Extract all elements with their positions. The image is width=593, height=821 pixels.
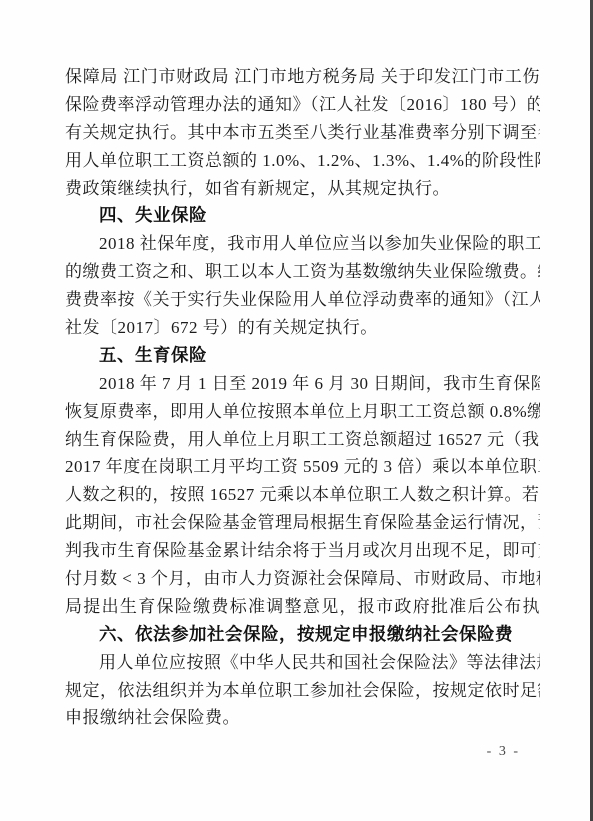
document-line: 有关规定执行。其中本市五类至八类行业基准费率分别下调至各 bbox=[65, 119, 540, 147]
document-line: 恢复原费率，即用人单位按照本单位上月职工工资总额 0.8%缴 bbox=[65, 398, 540, 426]
paragraph: 用人单位应按照《中华人民共和国社会保险法》等法律法规规定，依法组织并为本单位职工… bbox=[65, 649, 540, 733]
document-line: 费政策继续执行，如省有新规定，从其规定执行。 bbox=[65, 175, 540, 203]
document-line: 保障局 江门市财政局 江门市地方税务局 关于印发江门市工伤 bbox=[65, 63, 540, 91]
document-line: 人数之积的，按照 16527 元乘以本单位职工人数之积计算。若在 bbox=[65, 481, 540, 509]
document-line: 2018 社保年度，我市用人单位应当以参加失业保险的职工 bbox=[65, 230, 540, 258]
document-line: 此期间，市社会保险基金管理局根据生育保险基金运行情况，预 bbox=[65, 509, 540, 537]
document-line: 的缴费工资之和、职工以本人工资为基数缴纳失业保险缴费。缴 bbox=[65, 258, 540, 286]
document-line: 2017 年度在岗职工月平均工资 5509 元的 3 倍）乘以本单位职工 bbox=[65, 453, 540, 481]
document-line: 用人单位应按照《中华人民共和国社会保险法》等法律法规 bbox=[65, 649, 540, 677]
document-line: 付月数 < 3 个月，由市人力资源社会保障局、市财政局、市地税 bbox=[65, 565, 540, 593]
paragraph: 保障局 江门市财政局 江门市地方税务局 关于印发江门市工伤保险费率浮动管理办法的… bbox=[65, 63, 540, 202]
document-line: 社发〔2017〕672 号）的有关规定执行。 bbox=[65, 314, 540, 342]
document-page: 保障局 江门市财政局 江门市地方税务局 关于印发江门市工伤保险费率浮动管理办法的… bbox=[0, 0, 593, 821]
document-body: 保障局 江门市财政局 江门市地方税务局 关于印发江门市工伤保险费率浮动管理办法的… bbox=[65, 63, 540, 732]
paragraph: 2018 年 7 月 1 日至 2019 年 6 月 30 日期间，我市生育保险… bbox=[65, 370, 540, 621]
section-heading: 五、生育保险 bbox=[65, 342, 540, 370]
document-line: 纳生育保险费，用人单位上月职工工资总额超过 16527 元（我市 bbox=[65, 426, 540, 454]
document-line: 费费率按《关于实行失业保险用人单位浮动费率的通知》（江人 bbox=[65, 286, 540, 314]
document-line: 保险费率浮动管理办法的通知》（江人社发〔2016〕180 号）的 bbox=[65, 91, 540, 119]
document-line: 判我市生育保险基金累计结余将于当月或次月出现不足，即可支 bbox=[65, 537, 540, 565]
paragraph: 2018 社保年度，我市用人单位应当以参加失业保险的职工的缴费工资之和、职工以本… bbox=[65, 230, 540, 342]
document-line: 用人单位职工工资总额的 1.0%、1.2%、1.3%、1.4%的阶段性降 bbox=[65, 147, 540, 175]
section-heading: 六、依法参加社会保险，按规定申报缴纳社会保险费 bbox=[65, 621, 540, 649]
document-line: 2018 年 7 月 1 日至 2019 年 6 月 30 日期间，我市生育保险 bbox=[65, 370, 540, 398]
section-heading: 四、失业保险 bbox=[65, 202, 540, 230]
document-line: 规定，依法组织并为本单位职工参加社会保险，按规定依时足额 bbox=[65, 677, 540, 705]
document-line: 申报缴纳社会保险费。 bbox=[65, 704, 540, 732]
document-line: 局提出生育保险缴费标准调整意见，报市政府批准后公布执行。 bbox=[65, 593, 540, 621]
page-number: - 3 - bbox=[487, 744, 520, 760]
